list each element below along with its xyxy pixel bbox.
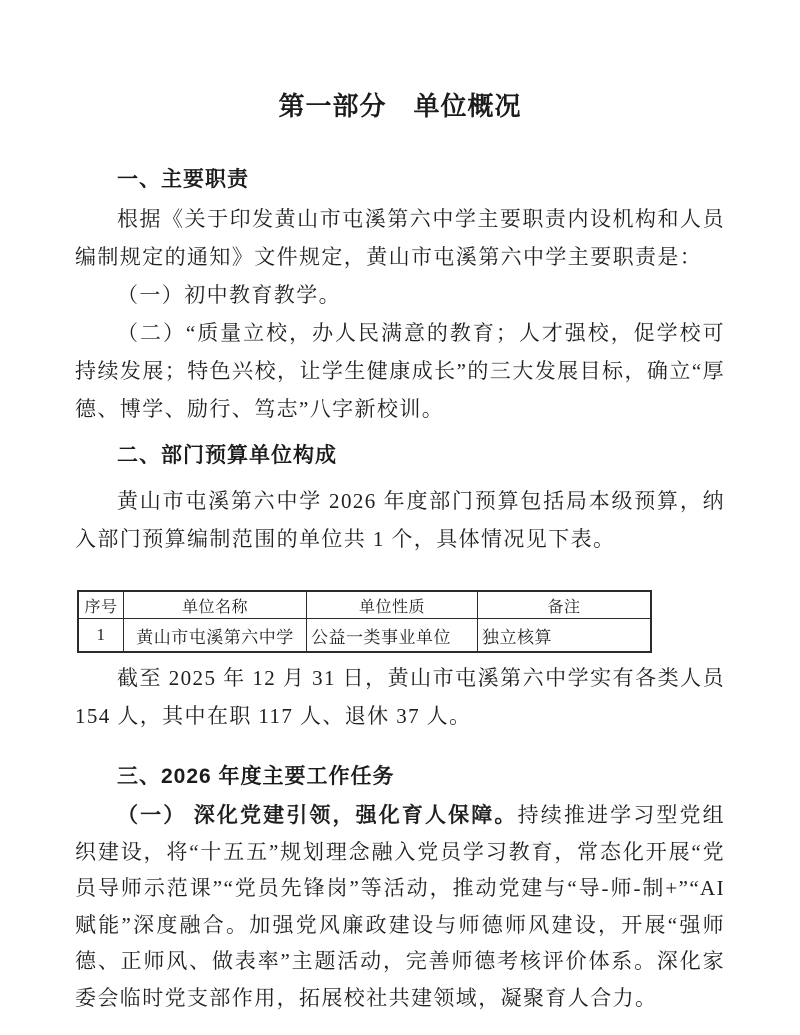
section-2-scope-paragraph: 黄山市屯溪第六中学 2026 年度部门预算包括局本级预算，纳入部门预算编制范围的… bbox=[75, 482, 725, 558]
section-2-heading: 二、部门预算单位构成 bbox=[75, 444, 725, 468]
table-header-unit-type: 单位性质 bbox=[307, 591, 478, 619]
section-1-item-1: （一）初中教育教学。 bbox=[75, 276, 725, 314]
table-cell-unit-type: 公益一类事业单位 bbox=[307, 619, 478, 653]
section-1-heading: 一、主要职责 bbox=[75, 168, 725, 192]
table-row: 1 黄山市屯溪第六中学 公益一类事业单位 独立核算 bbox=[78, 619, 651, 653]
table-header-index: 序号 bbox=[78, 591, 124, 619]
section-1-item-2: （二）“质量立校，办人民满意的教育；人才强校，促学校可持续发展；特色兴校，让学生… bbox=[75, 314, 725, 428]
section-3-heading: 三、2026 年度主要工作任务 bbox=[75, 765, 725, 789]
section-3-task-1-paragraph: （一） 深化党建引领，强化育人保障。持续推进学习型党组织建设，将“十五五”规划理… bbox=[75, 797, 725, 1016]
section-2-staff-paragraph: 截至 2025 年 12 月 31 日，黄山市屯溪第六中学实有各类人员 154 … bbox=[75, 659, 725, 735]
table-header-remark: 备注 bbox=[478, 591, 652, 619]
budget-document-page: 第一部分 单位概况 一、主要职责 根据《关于印发黄山市屯溪第六中学主要职责内设机… bbox=[0, 0, 800, 1035]
table-header-row: 序号 单位名称 单位性质 备注 bbox=[78, 591, 651, 619]
table-cell-unit-name: 黄山市屯溪第六中学 bbox=[124, 619, 307, 653]
section-1-intro-paragraph: 根据《关于印发黄山市屯溪第六中学主要职责内设机构和人员编制规定的通知》文件规定，… bbox=[75, 200, 725, 276]
budget-units-table: 序号 单位名称 单位性质 备注 1 黄山市屯溪第六中学 公益一类事业单位 独立核… bbox=[77, 590, 652, 653]
table-cell-index: 1 bbox=[78, 619, 124, 653]
task-1-body-text: 持续推进学习型党组织建设，将“十五五”规划理念融入党员学习教育，常态化开展“党员… bbox=[75, 803, 725, 1010]
page-title: 第一部分 单位概况 bbox=[75, 90, 725, 122]
task-1-lead-phrase: （一） 深化党建引领，强化育人保障。 bbox=[117, 803, 518, 827]
budget-units-table-header: 序号 单位名称 单位性质 备注 bbox=[78, 591, 651, 619]
table-header-unit-name: 单位名称 bbox=[124, 591, 307, 619]
budget-units-table-body: 1 黄山市屯溪第六中学 公益一类事业单位 独立核算 bbox=[78, 619, 651, 653]
table-cell-remark: 独立核算 bbox=[478, 619, 652, 653]
